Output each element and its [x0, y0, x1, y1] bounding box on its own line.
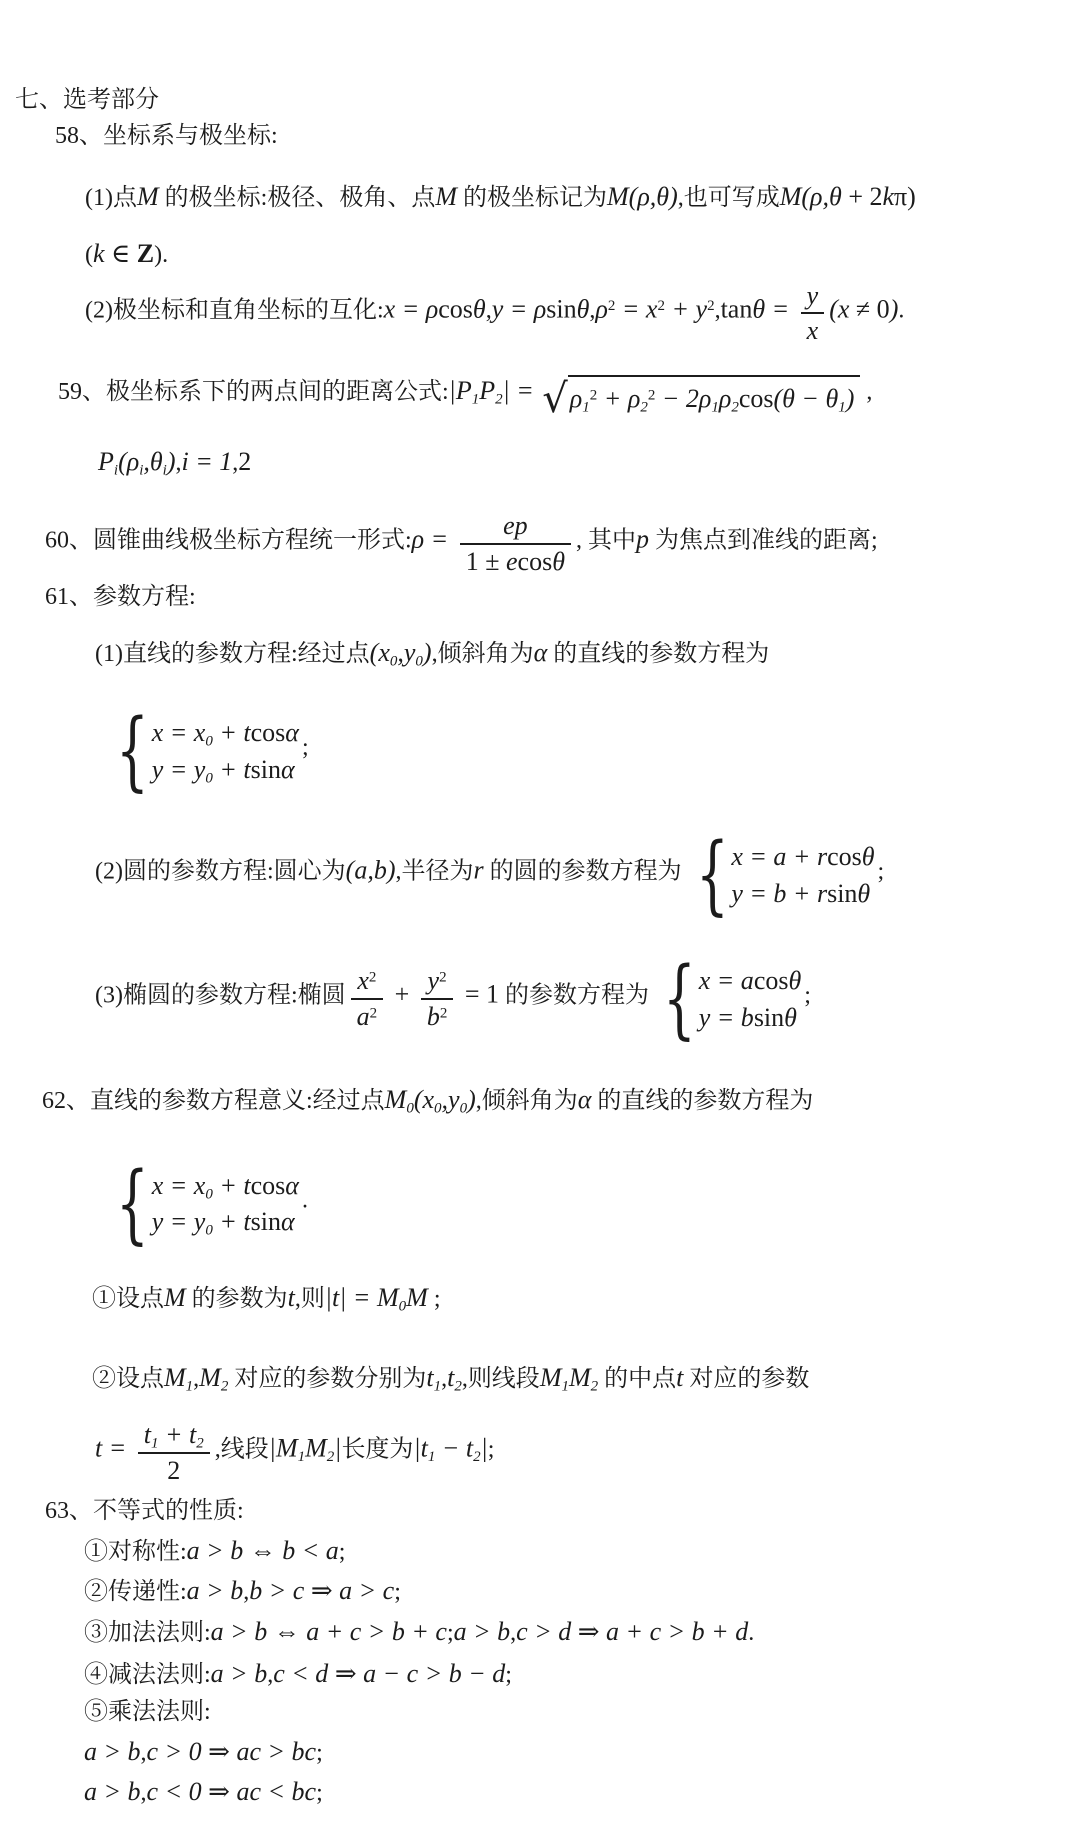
- fraction: t1 + t22: [138, 1420, 210, 1486]
- math-run: a − c > b − d: [363, 1659, 505, 1688]
- item-61-sub-1: (1)直线的参数方程:经过点(x0,y0),倾斜角为α 的直线的参数方程为: [95, 635, 1080, 670]
- math-run: + ρ: [597, 384, 640, 413]
- math-run: + t: [213, 1207, 251, 1236]
- math-run: ac < bc: [236, 1777, 316, 1806]
- subscript: 2: [495, 392, 503, 408]
- document-body: 七、选考部分58、坐标系与极坐标:(1)点M 的极坐标:极径、极角、点M 的极坐…: [0, 84, 1080, 1809]
- math-run: (a,b): [346, 856, 396, 885]
- math-run: ρ: [719, 384, 731, 413]
- math-run: ⇔: [243, 1536, 282, 1565]
- math-run: θ: [473, 294, 486, 323]
- text-run: 58、坐标系与极坐标:: [55, 123, 278, 149]
- superscript: 2: [370, 1006, 378, 1022]
- text-run: , 其中: [576, 527, 636, 553]
- subscript: 1: [151, 1436, 159, 1452]
- text-run: ;: [316, 1740, 323, 1766]
- item-63-rule-3: ③加法法则:a > b ⇔ a + c > b + c;a > b,c > d …: [84, 1614, 1080, 1649]
- math-run: + y: [665, 294, 707, 323]
- math-run: M: [305, 1434, 327, 1463]
- item-61-title: 61、参数方程:: [45, 581, 1080, 613]
- fraction-denominator: b2: [421, 1000, 454, 1032]
- text-run: ④减法法则:: [84, 1662, 211, 1688]
- math-run: α: [281, 1207, 295, 1236]
- math-run: i = 1: [182, 447, 233, 476]
- math-run: cos: [739, 384, 774, 413]
- math-run: b: [427, 1002, 440, 1031]
- item-60: 60、圆锥曲线极坐标方程统一形式:ρ = ep1 ± ecosθ, 其中p 为焦…: [45, 511, 1080, 577]
- fraction-numerator: y: [801, 281, 825, 315]
- math-run: cos: [827, 842, 862, 871]
- text-run: ;: [316, 1780, 323, 1806]
- math-run: sin: [251, 755, 281, 784]
- math-run: M: [164, 1363, 186, 1392]
- math-run: |t| = M: [325, 1283, 399, 1312]
- math-run: Z: [137, 239, 154, 268]
- text-run: 59、极坐标系下的两点间的距离公式:: [58, 379, 449, 405]
- math-run: M: [385, 1085, 407, 1114]
- text-run: ;: [447, 1620, 454, 1646]
- math-run: cos: [251, 718, 286, 747]
- text-run: ;: [804, 983, 811, 1009]
- math-run: α: [578, 1085, 592, 1114]
- math-run: cos: [438, 294, 473, 323]
- text-run: 对应的参数分别为: [228, 1366, 426, 1392]
- text-run: ,也可写成: [678, 185, 780, 211]
- math-run: 1 ±: [466, 547, 506, 576]
- text-run: ⑤乘法法则:: [84, 1699, 211, 1725]
- text-run: ,则线段: [462, 1366, 540, 1392]
- fraction-numerator: y2: [421, 966, 454, 1000]
- superscript: 2: [657, 298, 665, 314]
- subscript: 1: [582, 400, 590, 416]
- math-run: π): [894, 182, 916, 211]
- math-run: ): [846, 384, 855, 413]
- math-run: P: [98, 447, 114, 476]
- math-run: M: [137, 182, 159, 211]
- fraction-numerator: ep: [460, 511, 571, 545]
- text-run: 长度为: [341, 1437, 413, 1463]
- equation-rows: x = a + rcosθy = b + rsinθ: [731, 841, 874, 908]
- item-58-title: 58、坐标系与极坐标:: [55, 120, 1080, 152]
- math-run: − 2ρ: [655, 384, 711, 413]
- math-run: t: [144, 1420, 151, 1449]
- text-run: 的参数为: [186, 1286, 288, 1312]
- math-run: + t: [213, 718, 251, 747]
- math-run: y: [428, 966, 440, 995]
- math-run: x = a: [699, 966, 754, 995]
- text-run: 的直线的参数方程为: [591, 1088, 813, 1114]
- math-run: M(ρ,θ: [780, 182, 842, 211]
- item-62-note-1: ①设点M 的参数为t,则|t| = M0M ;: [92, 1280, 1080, 1315]
- text-run: ,半径为: [395, 859, 473, 885]
- math-run: ⇒: [202, 1777, 237, 1806]
- math-run: tan: [721, 294, 753, 323]
- section-title: 七、选考部分: [15, 84, 1080, 116]
- math-run: ,y: [397, 638, 415, 667]
- text-run: 的参数方程为: [499, 983, 649, 1009]
- math-run: x: [357, 966, 369, 995]
- equation-system: {x = acosθy = bsinθ: [652, 956, 801, 1042]
- math-run: =: [765, 294, 796, 323]
- superscript: 2: [440, 1006, 448, 1022]
- math-run: cos: [251, 1171, 286, 1200]
- math-run: ρ: [595, 294, 607, 323]
- text-run: ①设点: [92, 1286, 164, 1312]
- text-run: ;: [302, 735, 309, 761]
- math-run: x = x: [152, 718, 206, 747]
- math-run: t =: [95, 1434, 133, 1463]
- text-run: ;: [428, 1286, 441, 1312]
- math-run: M: [199, 1363, 221, 1392]
- document-page: 七、选考部分58、坐标系与极坐标:(1)点M 的极坐标:极径、极角、点M 的极坐…: [0, 0, 1080, 1822]
- math-run: y = b + r: [731, 879, 827, 908]
- math-run: a > b: [454, 1617, 511, 1646]
- fraction: x2a2: [351, 966, 384, 1032]
- math-run: = x: [615, 294, 657, 323]
- math-run: e: [506, 547, 518, 576]
- fraction-denominator: 1 ± ecosθ: [460, 545, 571, 577]
- math-run: a > b: [187, 1536, 244, 1565]
- equation-rows: x = x0 + tcosαy = y0 + tsinα: [152, 1170, 299, 1237]
- fraction-denominator: a2: [351, 1000, 384, 1032]
- math-run: θ: [784, 1003, 797, 1032]
- item-58-sub-1b: (k ∈ Z).: [85, 236, 1080, 271]
- math-run: (θ − θ: [774, 384, 839, 413]
- math-run: M: [540, 1363, 562, 1392]
- square-root: √ρ12 + ρ22 − 2ρ1ρ2cos(θ − θ1): [542, 375, 860, 416]
- math-run: ⇒: [202, 1737, 237, 1766]
- item-63-rule-5a: a > b,c > 0 ⇒ ac > bc;: [84, 1734, 1080, 1769]
- equation-system: {x = x0 + tcosαy = y0 + tsinα: [105, 708, 299, 794]
- math-run: ): [467, 1085, 476, 1114]
- text-run: ,倾斜角为: [476, 1088, 578, 1114]
- math-run: M: [406, 1283, 428, 1312]
- item-59-note: Pi(ρi,θi),i = 1,2: [98, 444, 1080, 479]
- text-run: ,: [860, 379, 872, 405]
- item-58-sub-2: (2)极坐标和直角坐标的互化:x = ρcosθ,y = ρsinθ,ρ2 = …: [85, 281, 1080, 347]
- math-run: c > d: [516, 1617, 571, 1646]
- text-run: 62、直线的参数方程意义:经过点: [42, 1088, 385, 1114]
- math-run: ,y: [442, 1085, 460, 1114]
- fraction-numerator: x2: [351, 966, 384, 1000]
- text-run: ;: [394, 1579, 401, 1605]
- text-run: ;: [878, 859, 885, 885]
- text-run: .: [302, 1187, 308, 1213]
- math-run: sin: [827, 879, 857, 908]
- math-run: r: [473, 856, 483, 885]
- item-63-rule-5: ⑤乘法法则:: [84, 1696, 1080, 1728]
- text-run: (1)直线的参数方程:经过点: [95, 641, 370, 667]
- math-run: 2: [167, 1456, 180, 1485]
- math-run: x = a + r: [731, 842, 827, 871]
- math-run: (x: [370, 638, 390, 667]
- math-run: M(ρ,θ): [607, 182, 678, 211]
- math-run: P: [479, 376, 495, 405]
- text-run: (2)极坐标和直角坐标的互化:: [85, 297, 384, 323]
- subscript: 2: [731, 400, 739, 416]
- text-run: (: [85, 242, 93, 268]
- math-run: t: [288, 1283, 295, 1312]
- math-run: a: [357, 1002, 370, 1031]
- math-run: sin: [754, 1003, 784, 1032]
- text-run: .: [748, 1620, 754, 1646]
- math-run: θ: [552, 547, 565, 576]
- text-run: ①对称性:: [84, 1539, 187, 1565]
- math-run: M: [569, 1363, 591, 1392]
- left-brace: {: [696, 832, 729, 918]
- math-run: p: [636, 524, 649, 553]
- radical-sign: √: [542, 379, 568, 419]
- item-61-sub-1-system: {x = x0 + tcosαy = y0 + tsinα;: [102, 708, 1080, 794]
- fraction-numerator: t1 + t2: [138, 1420, 210, 1454]
- item-62: 62、直线的参数方程意义:经过点M0(x0,y0),倾斜角为α 的直线的参数方程…: [42, 1082, 1080, 1117]
- equation-system: {x = x0 + tcosαy = y0 + tsinα: [105, 1161, 299, 1247]
- text-run: 的极坐标记为: [457, 185, 607, 211]
- item-63-rule-4: ④减法法则:a > b,c < d ⇒ a − c > b − d;: [84, 1656, 1080, 1691]
- text-run: ③加法法则:: [84, 1620, 211, 1646]
- text-run: ,则: [295, 1286, 325, 1312]
- fraction: y2b2: [421, 966, 454, 1032]
- fraction-denominator: 2: [138, 1454, 210, 1486]
- math-run: ρ =: [412, 524, 455, 553]
- fraction-denominator: x: [801, 314, 825, 346]
- math-run: k: [882, 182, 894, 211]
- math-run: (x: [829, 294, 849, 323]
- text-run: (2)圆的参数方程:圆心为: [95, 859, 346, 885]
- math-run: ): [423, 638, 432, 667]
- math-run: α: [285, 718, 299, 747]
- math-run: + t: [213, 755, 251, 784]
- equation-row: x = acosθ: [699, 965, 802, 996]
- item-62-note-2: ②设点M1,M2 对应的参数分别为t1,t2,则线段M1M2 的中点t 对应的参…: [92, 1360, 1080, 1395]
- text-run: (1)点: [85, 185, 137, 211]
- superscript: 2: [707, 298, 715, 314]
- math-run: x: [807, 316, 819, 345]
- math-run: x = ρ: [384, 294, 439, 323]
- math-run: |t: [413, 1434, 427, 1463]
- text-run: 的圆的参数方程为: [484, 859, 682, 885]
- subscript: 0: [460, 1101, 468, 1117]
- subscript: 0: [415, 653, 423, 669]
- text-run: 60、圆锥曲线极坐标方程统一形式:: [45, 527, 412, 553]
- math-run: ⇒: [304, 1576, 339, 1605]
- math-run: a > b: [211, 1659, 268, 1688]
- subscript: 0: [205, 1223, 213, 1239]
- math-run: ∈: [105, 239, 137, 268]
- item-61-sub-2: (2)圆的参数方程:圆心为(a,b),半径为r 的圆的参数方程为{x = a +…: [95, 832, 1080, 918]
- math-run: + t: [159, 1420, 197, 1449]
- text-run: .: [898, 297, 904, 323]
- math-run: − t: [435, 1434, 473, 1463]
- math-run: ⇔: [267, 1617, 306, 1646]
- math-run: |P: [449, 376, 472, 405]
- subscript: 0: [205, 734, 213, 750]
- math-run: sin: [546, 294, 576, 323]
- math-run: y = y: [152, 1207, 206, 1236]
- math-run: (x: [414, 1085, 434, 1114]
- math-run: b < a: [282, 1536, 339, 1565]
- equation-rows: x = acosθy = bsinθ: [699, 965, 802, 1032]
- math-run: θ: [788, 966, 801, 995]
- subscript: 1: [711, 400, 719, 416]
- subscript: 1: [298, 1449, 306, 1465]
- math-run: a > b: [187, 1576, 244, 1605]
- math-run: ρ: [570, 384, 582, 413]
- math-run: α: [281, 755, 295, 784]
- subscript: 0: [205, 770, 213, 786]
- subscript: 2: [454, 1378, 462, 1394]
- equation-row: y = y0 + tsinα: [152, 1206, 299, 1237]
- text-run: 为焦点到准线的距离;: [649, 527, 878, 553]
- item-58-sub-1: (1)点M 的极坐标:极径、极角、点M 的极坐标记为M(ρ,θ),也可写成M(ρ…: [85, 179, 1080, 214]
- math-run: y = b: [699, 1003, 754, 1032]
- math-run: a > c: [339, 1576, 394, 1605]
- left-brace: {: [116, 708, 149, 794]
- math-run: a > b: [84, 1737, 141, 1766]
- item-59: 59、极坐标系下的两点间的距离公式:|P1P2| = √ρ12 + ρ22 − …: [58, 373, 1080, 416]
- math-run: c < d: [273, 1659, 328, 1688]
- math-run: t: [426, 1363, 433, 1392]
- math-run: ep: [503, 511, 528, 540]
- math-run: M: [435, 182, 457, 211]
- math-run: y = ρ: [492, 294, 547, 323]
- subscript: 0: [434, 1101, 442, 1117]
- math-run: + t: [213, 1171, 251, 1200]
- subscript: 1: [838, 400, 846, 416]
- equation-row: x = a + rcosθ: [731, 841, 874, 872]
- equation-system: {x = a + rcosθy = b + rsinθ: [685, 832, 875, 918]
- equation-row: x = x0 + tcosα: [152, 717, 299, 748]
- left-brace: {: [116, 1161, 149, 1247]
- math-run: ≠ 0: [849, 294, 889, 323]
- math-run: ⇒: [571, 1617, 606, 1646]
- superscript: 2: [439, 970, 447, 986]
- text-run: 的极坐标:极径、极角、点: [159, 185, 436, 211]
- text-run: ;: [505, 1662, 512, 1688]
- fraction: yx: [801, 281, 825, 347]
- math-run: ,θ: [143, 447, 162, 476]
- math-run: a + c > b + d: [606, 1617, 748, 1646]
- math-run: |M: [269, 1434, 298, 1463]
- fraction: ep1 ± ecosθ: [460, 511, 571, 577]
- math-run: (ρ: [118, 447, 139, 476]
- item-62-note-2b: t = t1 + t22,线段|M1M2|长度为|t1 − t2|;: [95, 1420, 1080, 1486]
- subscript: 1: [434, 1378, 442, 1394]
- subscript: 2: [196, 1436, 204, 1452]
- text-run: 对应的参数: [683, 1366, 809, 1392]
- item-63-rule-5b: a > b,c < 0 ⇒ ac < bc;: [84, 1774, 1080, 1809]
- math-run: y: [807, 281, 819, 310]
- math-run: cos: [754, 966, 789, 995]
- radicand: ρ12 + ρ22 − 2ρ1ρ2cos(θ − θ1): [568, 375, 861, 416]
- math-run: c > 0: [147, 1737, 202, 1766]
- text-run: ;: [339, 1539, 346, 1565]
- math-run: y = y: [152, 755, 206, 784]
- math-run: = 1: [458, 980, 499, 1009]
- item-62-system: {x = x0 + tcosαy = y0 + tsinα.: [102, 1161, 1080, 1247]
- item-63-rule-2: ②传递性:a > b,b > c ⇒ a > c;: [84, 1573, 1080, 1608]
- equation-row: x = x0 + tcosα: [152, 1170, 299, 1201]
- subscript: 0: [205, 1186, 213, 1202]
- equation-row: y = b + rsinθ: [731, 878, 874, 909]
- math-run: |: [481, 1434, 488, 1463]
- math-run: ac > bc: [236, 1737, 316, 1766]
- text-run: 63、不等式的性质:: [45, 1498, 244, 1524]
- text-run: (3)椭圆的参数方程:椭圆: [95, 983, 346, 1009]
- item-63-title: 63、不等式的性质:: [45, 1495, 1080, 1527]
- superscript: 2: [369, 970, 377, 986]
- math-run: b > c: [249, 1576, 304, 1605]
- math-run: M: [164, 1283, 186, 1312]
- math-run: a > b: [211, 1617, 268, 1646]
- math-run: θ: [577, 294, 590, 323]
- equation-row: y = y0 + tsinα: [152, 754, 299, 785]
- math-run: c < 0: [147, 1777, 202, 1806]
- math-run: sin: [251, 1207, 281, 1236]
- text-run: 七、选考部分: [15, 87, 159, 113]
- item-63-rule-1: ①对称性:a > b ⇔ b < a;: [84, 1533, 1080, 1568]
- text-run: ②传递性:: [84, 1579, 187, 1605]
- subscript: 0: [406, 1101, 414, 1117]
- math-run: θ: [857, 879, 870, 908]
- text-run: ,线段: [215, 1437, 269, 1463]
- text-run: ;: [488, 1437, 495, 1463]
- subscript: 2: [640, 400, 648, 416]
- text-run: 61、参数方程:: [45, 584, 196, 610]
- math-run: +: [388, 980, 416, 1009]
- subscript: 2: [473, 1449, 481, 1465]
- math-run: α: [534, 638, 548, 667]
- math-run: ⇒: [328, 1659, 363, 1688]
- equation-row: y = bsinθ: [699, 1002, 802, 1033]
- math-run: a > b: [84, 1777, 141, 1806]
- equation-rows: x = x0 + tcosαy = y0 + tsinα: [152, 717, 299, 784]
- math-run: α: [285, 1171, 299, 1200]
- math-run: + 2: [842, 182, 883, 211]
- text-run: ,倾斜角为: [432, 641, 534, 667]
- math-run: cos: [518, 547, 553, 576]
- math-run: θ: [862, 842, 875, 871]
- math-run: x = x: [152, 1171, 206, 1200]
- math-run: a + c > b + c: [306, 1617, 447, 1646]
- math-run: 2: [238, 447, 251, 476]
- subscript: 1: [561, 1378, 569, 1394]
- math-run: θ: [752, 294, 765, 323]
- text-run: ②设点: [92, 1366, 164, 1392]
- text-run: ).: [154, 242, 168, 268]
- left-brace: {: [663, 956, 696, 1042]
- math-run: | =: [503, 376, 541, 405]
- item-61-sub-3: (3)椭圆的参数方程:椭圆x2a2 + y2b2 = 1 的参数方程为{x = …: [95, 956, 1080, 1042]
- text-run: 的直线的参数方程为: [547, 641, 769, 667]
- math-run: ): [167, 447, 176, 476]
- text-run: 的中点: [598, 1366, 676, 1392]
- math-run: k: [93, 239, 105, 268]
